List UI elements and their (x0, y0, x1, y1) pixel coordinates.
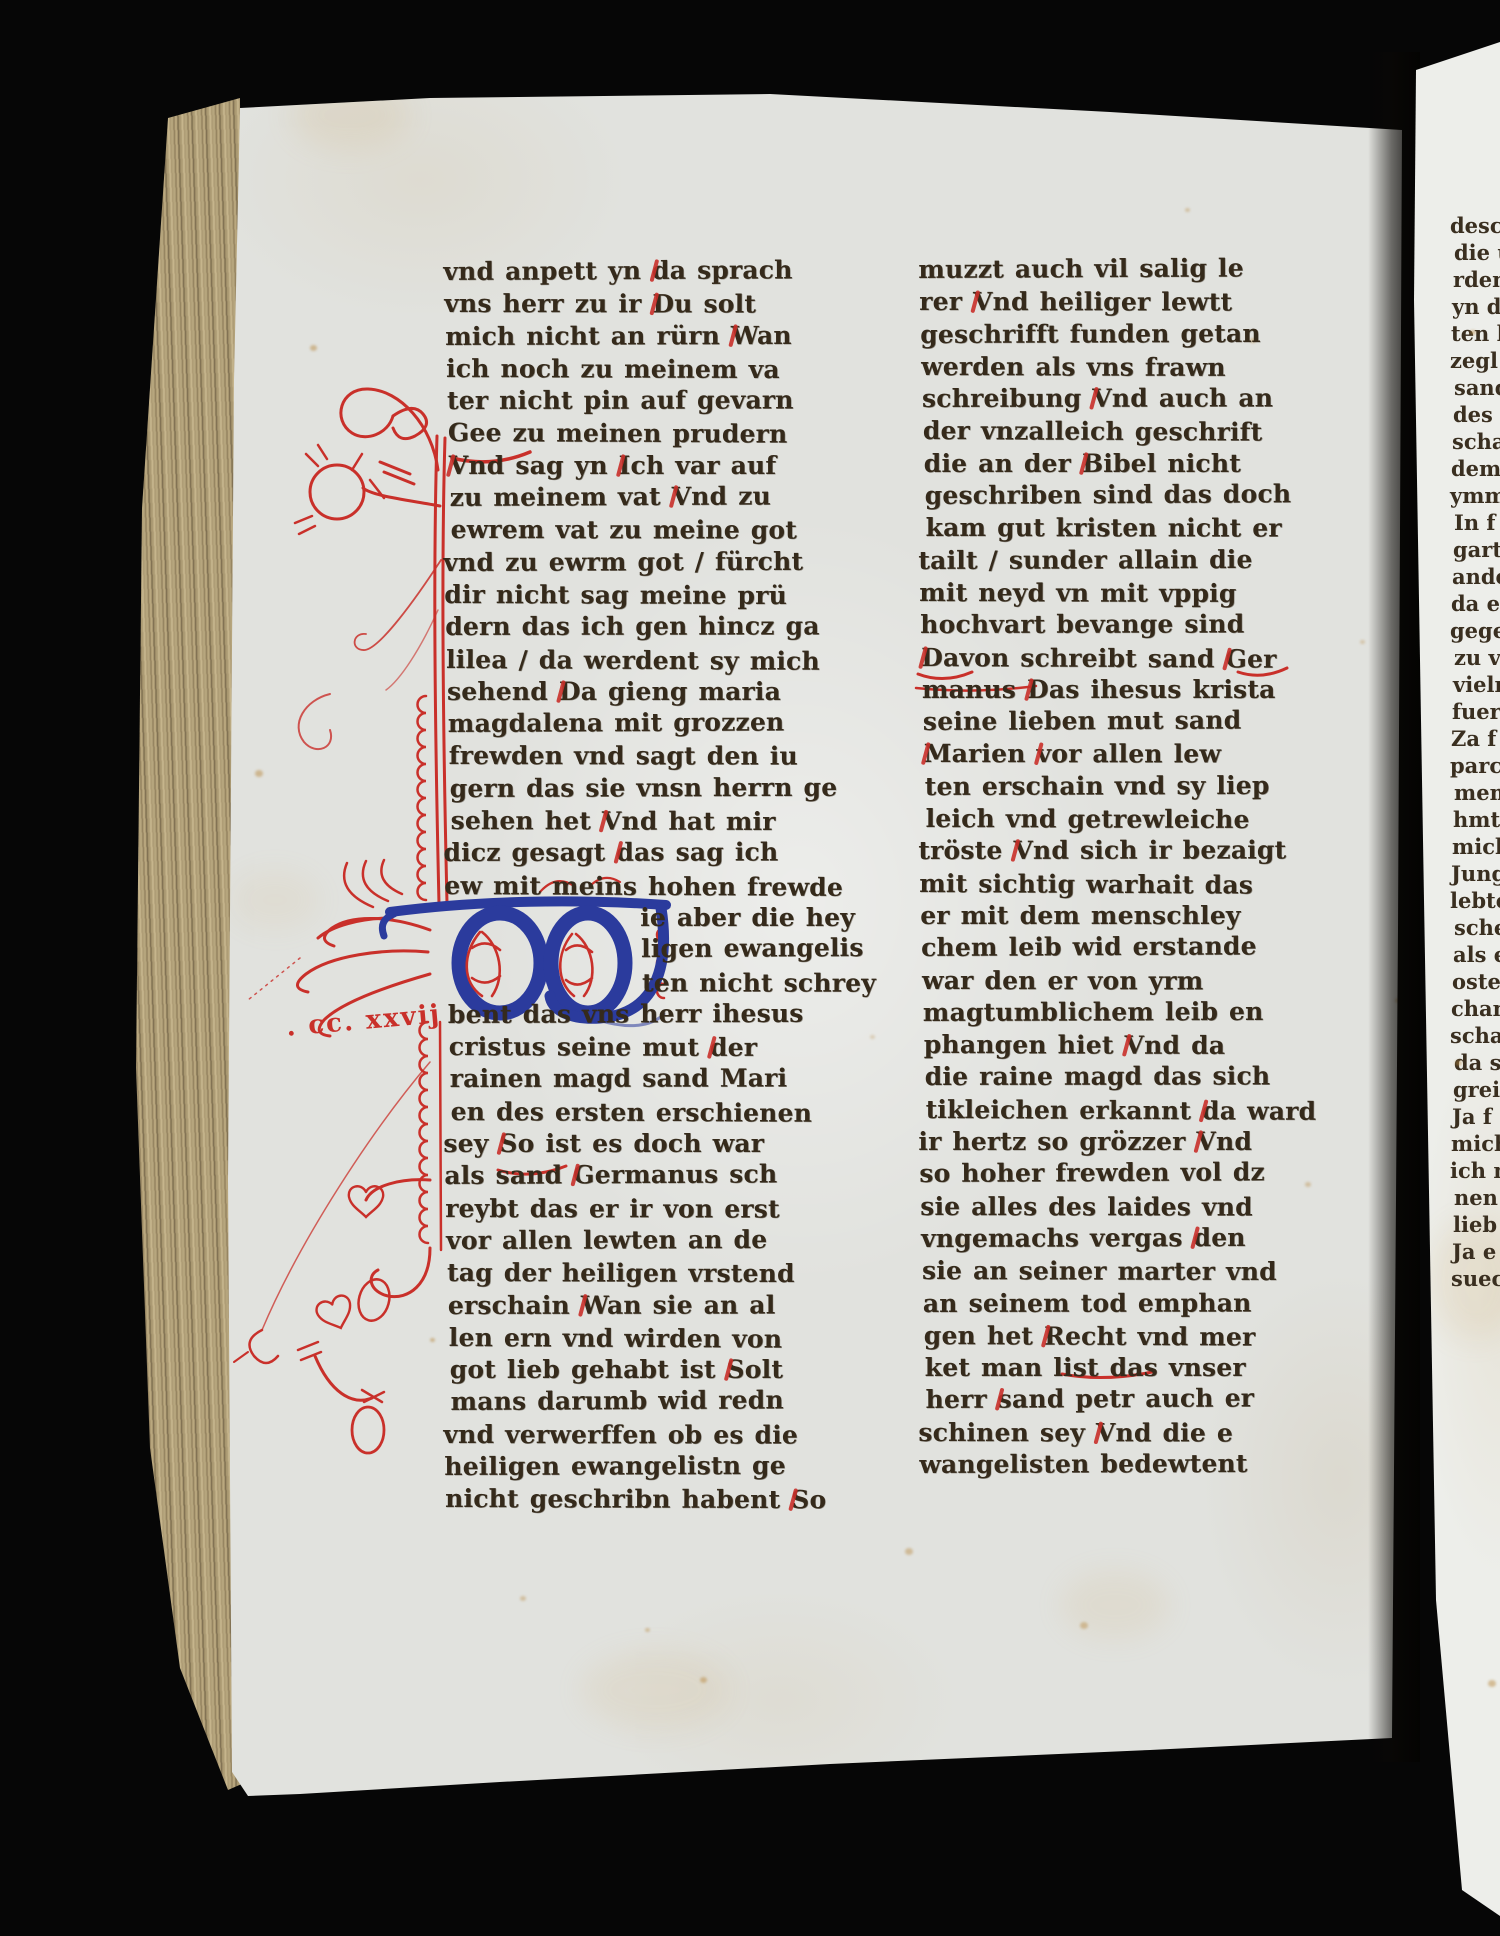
fox-spot (1488, 1680, 1496, 1687)
manuscript-text-line: vnd verwerffen ob es die (443, 1419, 799, 1452)
manuscript-text-line: geschriben sind das doch (925, 478, 1275, 512)
fox-spot (1185, 208, 1190, 212)
manuscript-text-line: kam gut kristen nicht er (926, 512, 1276, 545)
next-page-text-fragment: sand (1454, 374, 1500, 401)
rubricated-word: Du (652, 290, 692, 319)
fox-spot (1035, 68, 1042, 74)
next-page-text-fragment: chan (1451, 995, 1500, 1022)
fox-spot (1080, 1622, 1088, 1629)
manuscript-text-line: ligen ewangelis (446, 933, 802, 967)
manuscript-text-line: Marien vor allen lew (924, 738, 1274, 771)
manuscript-text-line: magtumblichem leib en (923, 996, 1273, 1029)
next-page-text-fragment: dem (1451, 455, 1500, 482)
next-page-text-fragment: gege (1450, 617, 1500, 644)
next-page-text-fragment: vielm (1453, 671, 1500, 698)
next-page-text-fragment: desch (1450, 212, 1500, 239)
manuscript-text-line: en des ersten erschienen (451, 1096, 807, 1130)
manuscript-text-line: hochvart bevange sind (920, 609, 1270, 642)
next-page-text-fragment: Ja f (1452, 1103, 1500, 1130)
next-page-text-fragment: yn d (1452, 293, 1500, 320)
manuscript-text-line: vngemachs vergas den (921, 1222, 1271, 1255)
manuscript-text-line: wangelisten bedewtent (919, 1448, 1269, 1481)
rubricated-word: Da (559, 677, 597, 706)
manuscript-text-line: tröste Vnd sich ir bezaigt (918, 835, 1268, 868)
next-page-text-fragment: oster (1452, 968, 1500, 995)
next-page-text-fragment: In f (1454, 509, 1500, 536)
manuscript-text-line: muzzt auch vil salig le (918, 252, 1268, 286)
rubricated-word: der (710, 1033, 757, 1062)
next-page-text-fragment: suech (1451, 1265, 1500, 1292)
next-page-text-fragment: parch (1450, 752, 1500, 779)
rubricated-word: Solt (727, 1355, 784, 1384)
next-page-text-fragment: greiff (1453, 1076, 1500, 1103)
manuscript-text-line: leich vnd getrewleiche (926, 803, 1276, 836)
fox-spot (1455, 1060, 1462, 1066)
rubricated-word: So (791, 1485, 826, 1514)
fox-spot (905, 1548, 913, 1555)
next-page-text-fragment: Za f (1451, 725, 1500, 752)
manuscript-text-line: sey So ist es doch war (443, 1128, 799, 1160)
next-page-text-fragment: mem (1454, 779, 1500, 806)
rubricated-word: da (1202, 1096, 1236, 1125)
next-page-text-fragment: als e (1453, 941, 1500, 968)
rubricated-word: Vnd (1196, 1127, 1252, 1156)
manuscript-text-line: gen het Recht vnd mer (924, 1320, 1274, 1354)
rubricated-word: Recht (1044, 1321, 1127, 1350)
manuscript-text-line: sehend Da gieng maria (447, 676, 803, 708)
manuscript-text-line: nicht geschribn habent So (445, 1483, 801, 1516)
manuscript-text-line: ten erschain vnd sy liep (925, 770, 1275, 803)
text-column-left: vnd anpett yn da sprachvns herr zu ir Du… (447, 256, 803, 1516)
next-page-text-fragment: schen (1454, 914, 1500, 941)
manuscript-text-line: ir hertz so grözzer Vnd (918, 1126, 1268, 1158)
rubricated-word: Wan (581, 1290, 642, 1319)
manuscript-text-line: ie aber die hey (445, 902, 801, 934)
next-page-text-fragments: deschdie urdenyn dten kzeglsanddes escha… (1452, 212, 1500, 1292)
manuscript-text-line: heiligen ewangelistn ge (444, 1450, 800, 1483)
rubricated-word: das (616, 838, 664, 867)
next-page-text-fragment: schan (1450, 1022, 1500, 1049)
next-page-text-fragment: garte (1453, 536, 1500, 563)
manuscript-text-line: Gee zu meinen prudern (448, 417, 804, 451)
fox-spot (1305, 1182, 1311, 1187)
next-page-text-fragment: ich n (1450, 1157, 1500, 1184)
manuscript-text-line: schinen sey Vnd die e (918, 1417, 1268, 1450)
manuscript-text-line: ich noch zu meinem va (446, 353, 802, 386)
manuscript-text-line: war den er von yrm (922, 965, 1272, 998)
manuscript-text-line: lilea / da werdent sy mich (446, 644, 802, 678)
rubricated-word: Marien (924, 739, 1026, 768)
manuscript-text-line: die raine magd das sich (925, 1061, 1275, 1094)
manuscript-text-line: an seinem tod emphan (923, 1287, 1273, 1320)
manuscript-text-line: ter nicht pin auf gevarn (447, 385, 803, 418)
manuscript-text-line: seine lieben mut sand (923, 705, 1273, 739)
manuscript-text-line: ewrem vat zu meine got (451, 514, 807, 547)
rubricated-word: Germanus (573, 1160, 718, 1190)
manuscript-text-line: tailt / sunder allain die (918, 544, 1268, 577)
rubricated-word: vor (1037, 740, 1082, 769)
manuscript-text-line: cristus seine mut der (449, 1031, 805, 1064)
next-page-text-fragment: lebte (1450, 887, 1500, 914)
manuscript-text-line: vns herr zu ir Du solt (444, 288, 800, 321)
manuscript-text-line: er mit dem menschley (920, 900, 1270, 932)
rubricated-word: Ich (619, 451, 665, 480)
next-page-text-fragment: mich (1452, 833, 1500, 860)
manuscript-text-line: dicz gesagt das sag ich (443, 837, 799, 870)
manuscript-text-line: vor allen lewten an de (446, 1224, 802, 1257)
rubricated-word: Vnd (1013, 836, 1069, 865)
manuscript-text-line: chem leib wid erstande (921, 931, 1271, 965)
rubricated-word: Vnd (1124, 1031, 1180, 1060)
fox-spot (365, 80, 374, 88)
manuscript-text-line: geschrifft funden getan (920, 317, 1270, 350)
next-page-text-fragment: rden (1453, 266, 1500, 293)
manuscript-text-line: rer Vnd heiliger lewtt (919, 286, 1269, 319)
rubricated-word: Davon (921, 643, 1009, 672)
page-stain (580, 1650, 730, 1730)
fox-spot (255, 770, 263, 777)
manuscript-text-line: Vnd sag yn Ich var auf (449, 450, 805, 482)
next-page-text-fragment: nen (1454, 1184, 1500, 1211)
fox-spot (310, 345, 317, 351)
manuscript-text-line: sehen het Vnd hat mir (451, 805, 807, 838)
manuscript-text-line: so hoher frewden vol dz (919, 1157, 1269, 1191)
rubricated-word: sand (998, 1385, 1065, 1414)
fox-spot (870, 1035, 875, 1039)
fox-spot (430, 1338, 435, 1342)
manuscript-text-line: ten nicht schrey (447, 967, 803, 1000)
next-page-text-fragment: lieb (1453, 1211, 1500, 1238)
next-page-text-fragment: zegl (1450, 347, 1500, 374)
rubricated-word: Das (1027, 675, 1080, 704)
book-fore-edge (128, 88, 246, 1800)
fox-spot (1360, 640, 1365, 644)
manuscript-text-line: sie an seiner marter vnd (922, 1255, 1272, 1288)
rubricated-word: Ger (1225, 644, 1276, 673)
next-page-text-fragment: des e (1453, 401, 1500, 428)
manuscript-text-line: sie alles des laides vnd (920, 1191, 1270, 1224)
next-page-text-fragment: ymm (1450, 482, 1500, 509)
manuscript-text-line: dir nicht sag meine prü (444, 579, 800, 612)
manuscript-text-line: dern das ich gen hincz ga (445, 611, 801, 644)
fox-spot (1335, 92, 1345, 101)
next-page-text-fragment: zu v (1454, 644, 1500, 671)
fox-spot (1470, 330, 1476, 335)
manuscript-text-line: reybt das er ir von erst (445, 1193, 801, 1226)
manuscript-text-line: tikleichen erkannt da ward (926, 1094, 1276, 1128)
manuscript-text-line: phangen hiet Vnd da (924, 1029, 1274, 1062)
rubricated-word: Vnd (672, 482, 728, 511)
manuscript-text-line: mit sichtig warhait das (919, 868, 1269, 902)
rubricated-word: Vnd (1092, 384, 1148, 413)
rubricated-word: So (499, 1129, 534, 1158)
manuscript-text-line: erschain Wan sie an al (448, 1289, 804, 1322)
fox-spot (520, 1596, 526, 1601)
next-page-text-fragment: hmt (1453, 806, 1500, 833)
manuscript-text-line: tag der heiligen vrstend (447, 1257, 803, 1290)
next-page-text-fragment: Ja e (1452, 1238, 1500, 1265)
manuscript-text-line: der vnzalleich geschrift (923, 415, 1273, 449)
rubricated-word: den (1193, 1223, 1245, 1252)
rubricated-word: Vnd (449, 451, 505, 480)
rubricated-word: da (652, 256, 686, 285)
rubricated-word: Wan (731, 321, 792, 350)
rubricated-word: Vnd (1096, 1418, 1152, 1447)
manuscript-text-line: als sand Germanus sch (444, 1159, 800, 1193)
manuscript-text-line: rainen magd sand Mari (450, 1063, 806, 1096)
manuscript-photo: deschdie urdenyn dten kzeglsanddes escha… (0, 0, 1500, 1936)
manuscript-text-line: vnd zu ewrm got / fürcht (443, 546, 799, 579)
manuscript-text-line: got lieb gehabt ist Solt (450, 1354, 806, 1386)
next-page-text-fragment: Jung (1451, 860, 1500, 887)
page-stain (230, 870, 320, 930)
manuscript-text-line: zu meinem vat Vnd zu (450, 480, 806, 514)
manuscript-text-line: herr sand petr auch er (926, 1383, 1276, 1417)
manuscript-text-line: Davon schreibt sand Ger (921, 642, 1271, 676)
manuscript-text-line: schreibung Vnd auch an (922, 383, 1272, 416)
rubricated-word: Bibel (1082, 449, 1157, 478)
manuscript-text-line: ket man list das vnser (925, 1352, 1275, 1384)
fox-spot (700, 1677, 707, 1683)
gutter-shadow (1368, 52, 1420, 1762)
fox-spot (645, 1628, 650, 1632)
next-page-text-fragment: die u (1454, 239, 1500, 266)
fox-spot (985, 55, 990, 59)
manuscript-text-line: bent das vns herr ihesus (448, 998, 804, 1031)
rubricated-word: Vnd (973, 287, 1029, 316)
manuscript-text-line: mit neyd vn mit vppig (919, 577, 1269, 610)
page-stain (290, 80, 410, 150)
next-page-text-fragment: mich (1451, 1130, 1500, 1157)
manuscript-text-line: len ern vnd wirden von (449, 1322, 805, 1356)
manuscript-text-line: mich nicht an rürn Wan (445, 319, 801, 352)
rubricated-word: Vnd (602, 807, 658, 836)
manuscript-text-line: manus Das ihesus krista (922, 674, 1272, 706)
next-page-text-fragment: fuer (1452, 698, 1500, 725)
manuscript-text-line: gern das sie vnsn herrn ge (450, 772, 806, 805)
manuscript-text-line: magdalena mit grozzen (448, 706, 804, 740)
next-page-text-fragment: ande (1452, 563, 1500, 590)
page-stain (1060, 1570, 1170, 1640)
next-page-text-fragment: schad (1452, 428, 1500, 455)
manuscript-text-line: frewden vnd sagt den iu (449, 740, 805, 773)
manuscript-text-line: ew mit meins hohen frewde (444, 870, 800, 904)
manuscript-text-line: vnd anpett yn da sprach (443, 254, 799, 288)
next-page-text-fragment: da e (1451, 590, 1500, 617)
manuscript-text-line: die an der Bibel nicht (924, 448, 1274, 480)
manuscript-text-line: mans darumb wid redn (451, 1385, 807, 1419)
manuscript-text-line: werden als vns frawn (921, 351, 1271, 384)
text-column-right: muzzt auch vil salig lerer Vnd heiliger … (922, 254, 1272, 1481)
